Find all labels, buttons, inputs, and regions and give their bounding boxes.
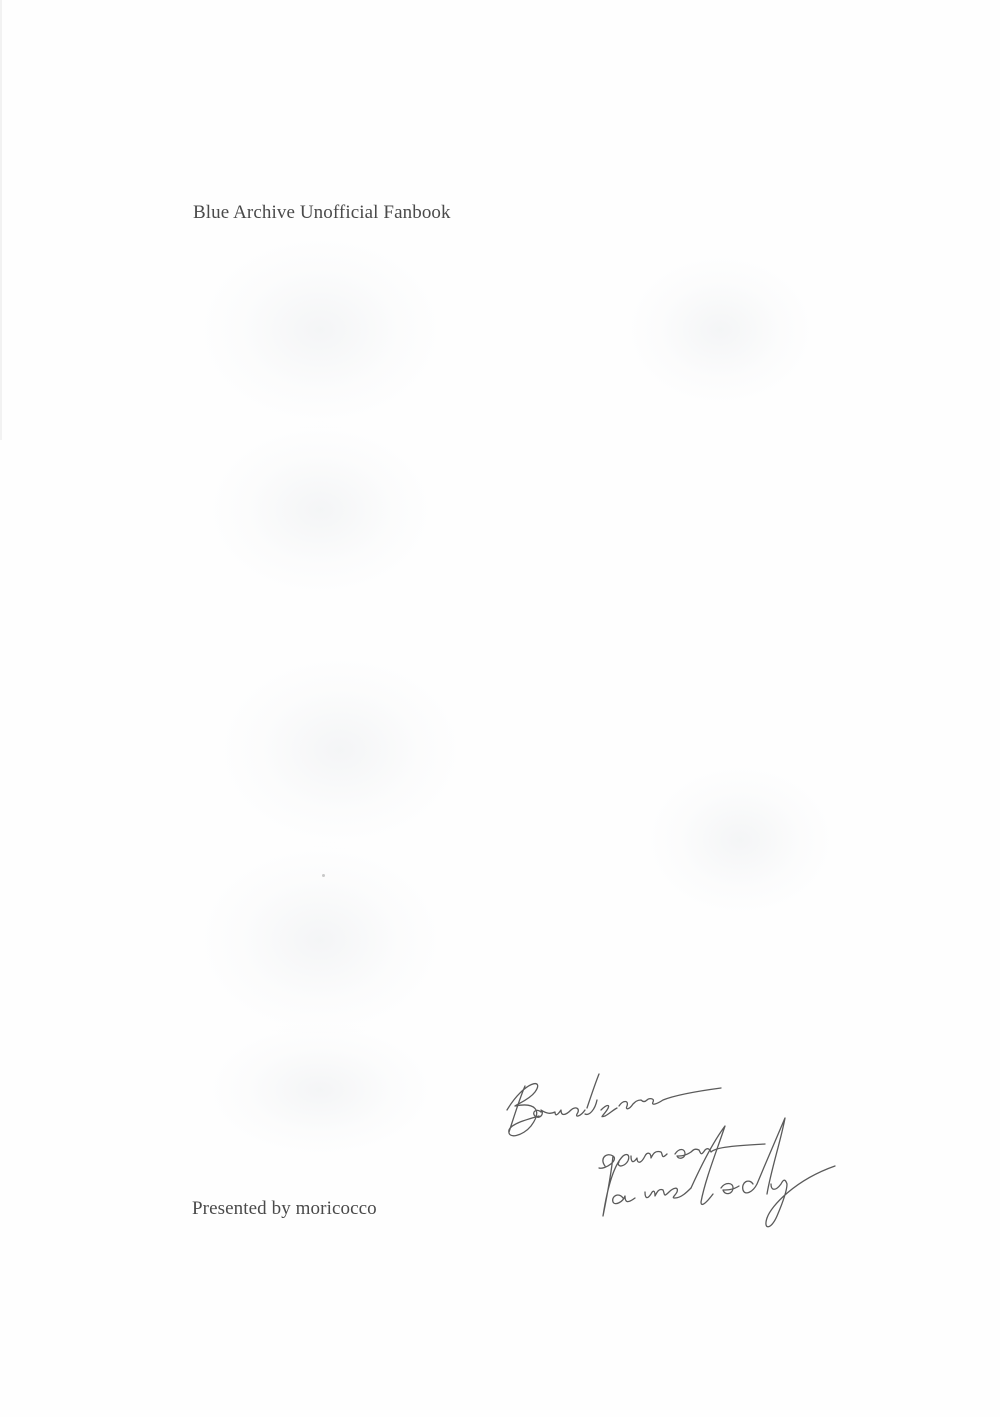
print-speck [322,874,325,877]
background-texture [200,420,440,600]
background-texture [200,1020,440,1160]
handwriting-drawing [495,1070,865,1230]
background-texture [190,230,450,430]
background-texture [190,840,450,1040]
background-texture [640,760,840,920]
fanbook-title-page: Blue Archive Unofficial Fanbook Presente… [0,0,1000,1417]
page-edge-shadow [0,0,2,440]
book-title: Blue Archive Unofficial Fanbook [193,202,451,224]
handwritten-phrase: Bonds are spun on a melody [495,1070,865,1230]
background-texture [210,650,470,850]
author-credit: Presented by moricocco [192,1198,377,1220]
background-texture [620,250,820,410]
